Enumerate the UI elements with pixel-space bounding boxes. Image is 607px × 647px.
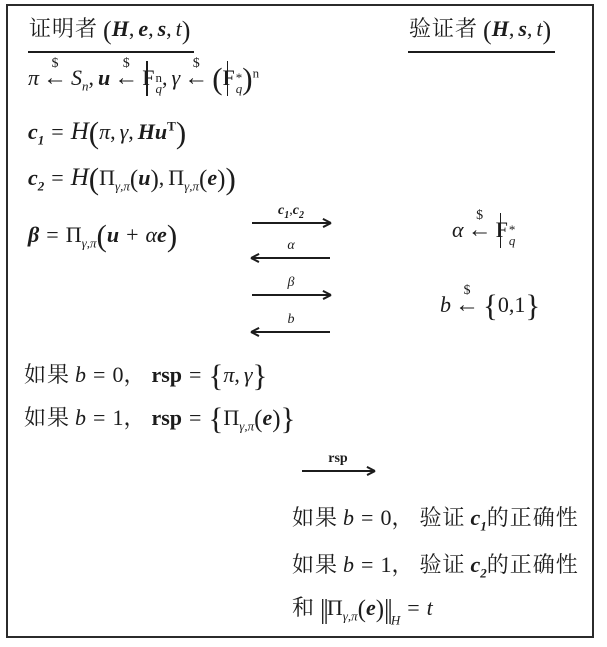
prover-sampling-line: π$←Sn,u$←Fnq,γ$←(F*q)n [28,58,259,98]
commitment-c1-line: c1=H(π,γ,HuT) [28,112,186,152]
right-arrow-icon [302,470,374,472]
right-arrow-icon [252,222,330,224]
verify-case-b0-line: 如果b=0，验证c1的正确性 [292,498,584,538]
message-arrow-b: b [252,312,330,333]
message-arrow-beta: β [252,275,330,296]
left-arrow-icon [252,257,330,259]
response-case-b0-line: 如果b=0，rsp={π,γ} [24,355,267,395]
left-arrow-icon [252,331,330,333]
message-label-rsp: rsp [328,451,347,468]
message-arrow-c1c2: c1,c2 [252,203,330,224]
prover-header: 证明者(H,e,s,t) [28,10,194,53]
protocol-figure: 证明者(H,e,s,t) 验证者(H,s,t) π$←Sn,u$←Fnq,γ$←… [0,0,607,647]
challenge-b-sampling-line: b$←{0,1} [440,285,540,325]
verifier-header: 验证者(H,s,t) [408,10,555,53]
response-beta-line: β=Πγ,π(u+αe) [28,215,177,255]
response-case-b1-line: 如果b=1，rsp={Πγ,π(e)} [24,398,295,438]
verify-case-b1-line: 如果b=1，验证c2的正确性 [292,545,584,585]
message-label-beta: β [288,275,295,292]
message-label-b: b [288,312,295,329]
right-arrow-icon [252,294,330,296]
message-label-alpha: α [287,238,294,255]
message-label-c1c2: c1,c2 [278,203,304,220]
alpha-sampling-line: α$←F*q [452,210,515,250]
weight-check-line: 和||Πγ,π(e)||H=t [292,588,433,628]
message-arrow-alpha: α [252,238,330,259]
commitment-c2-line: c2=H(Πγ,π(u),Πγ,π(e)) [28,158,236,198]
message-arrow-rsp: rsp [302,451,374,472]
